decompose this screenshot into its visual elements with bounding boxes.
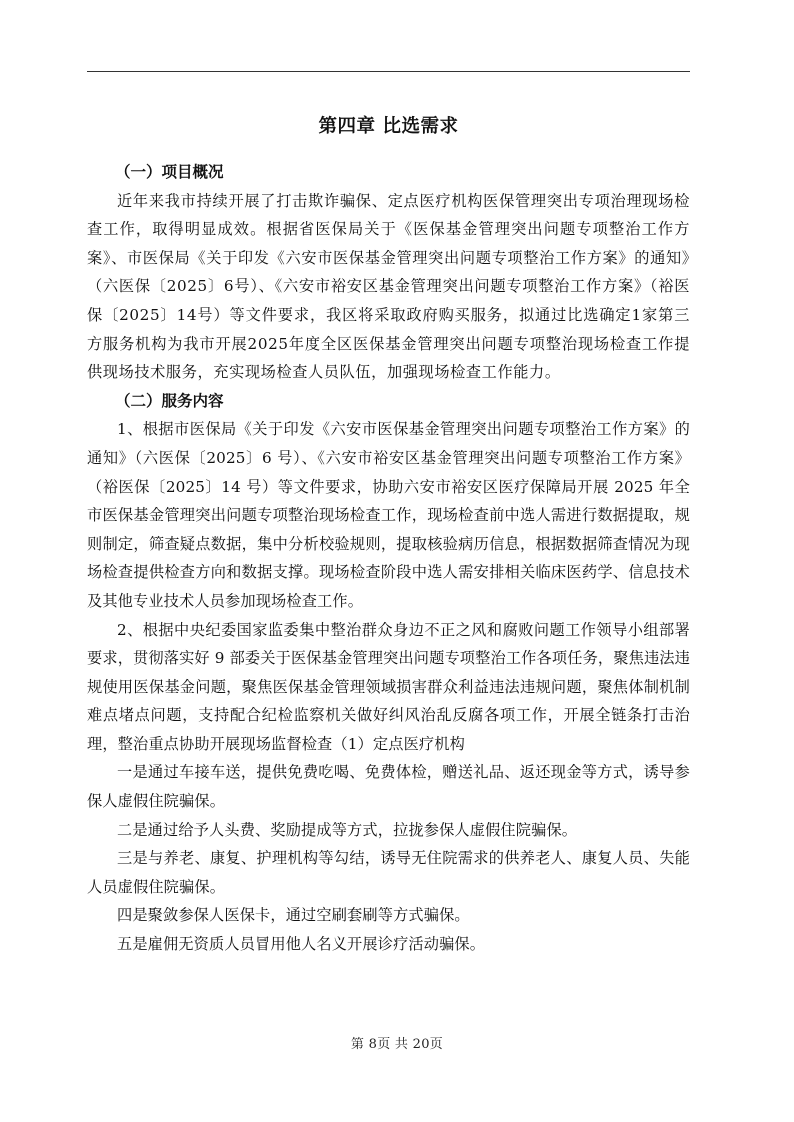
paragraph-fraud-type-4: 四是聚敛参保人医保卡，通过空刷套刷等方式骗保。 [87,901,690,930]
paragraph-service-item-2: 2、根据中央纪委国家监委集中整治群众身边不正之风和腐败问题工作领导小组部署要求，… [87,616,690,759]
page-content: 第四章 比选需求 （一）项目概况 近年来我市持续开展了打击欺诈骗保、定点医疗机构… [87,108,690,959]
paragraph-fraud-type-3: 三是与养老、康复、护理机构等勾结，诱导无住院需求的供养老人、康复人员、失能人员虚… [87,844,690,901]
section-service-content: （二）服务内容 1、根据市医保局《关于印发《六安市医保基金管理突出问题专项整治工… [87,387,690,959]
paragraph-fraud-type-1: 一是通过车接车送，提供免费吃喝、免费体检，赠送礼品、返还现金等方式，诱导参保人虚… [87,758,690,815]
paragraph-overview: 近年来我市持续开展了打击欺诈骗保、定点医疗机构医保管理突出专项治理现场检查工作，… [87,187,690,387]
section-project-overview: （一）项目概况 近年来我市持续开展了打击欺诈骗保、定点医疗机构医保管理突出专项治… [87,158,690,387]
paragraph-fraud-type-2: 二是通过给予人头费、奖励提成等方式，拉拢参保人虚假住院骗保。 [87,816,690,845]
paragraph-service-item-1: 1、根据市医保局《关于印发《六安市医保基金管理突出问题专项整治工作方案》的通知》… [87,415,690,615]
document-page: 第四章 比选需求 （一）项目概况 近年来我市持续开展了打击欺诈骗保、定点医疗机构… [0,0,794,1122]
paragraph-fraud-type-5: 五是雇佣无资质人员冒用他人名义开展诊疗活动骗保。 [87,930,690,959]
section-heading-project-overview: （一）项目概况 [87,158,690,187]
chapter-title: 第四章 比选需求 [87,108,690,146]
header-rule [87,71,690,72]
page-number: 第 8页 共 20页 [351,1037,443,1052]
section-heading-service-content: （二）服务内容 [87,387,690,416]
page-footer: 第 8页 共 20页 [0,1033,794,1052]
